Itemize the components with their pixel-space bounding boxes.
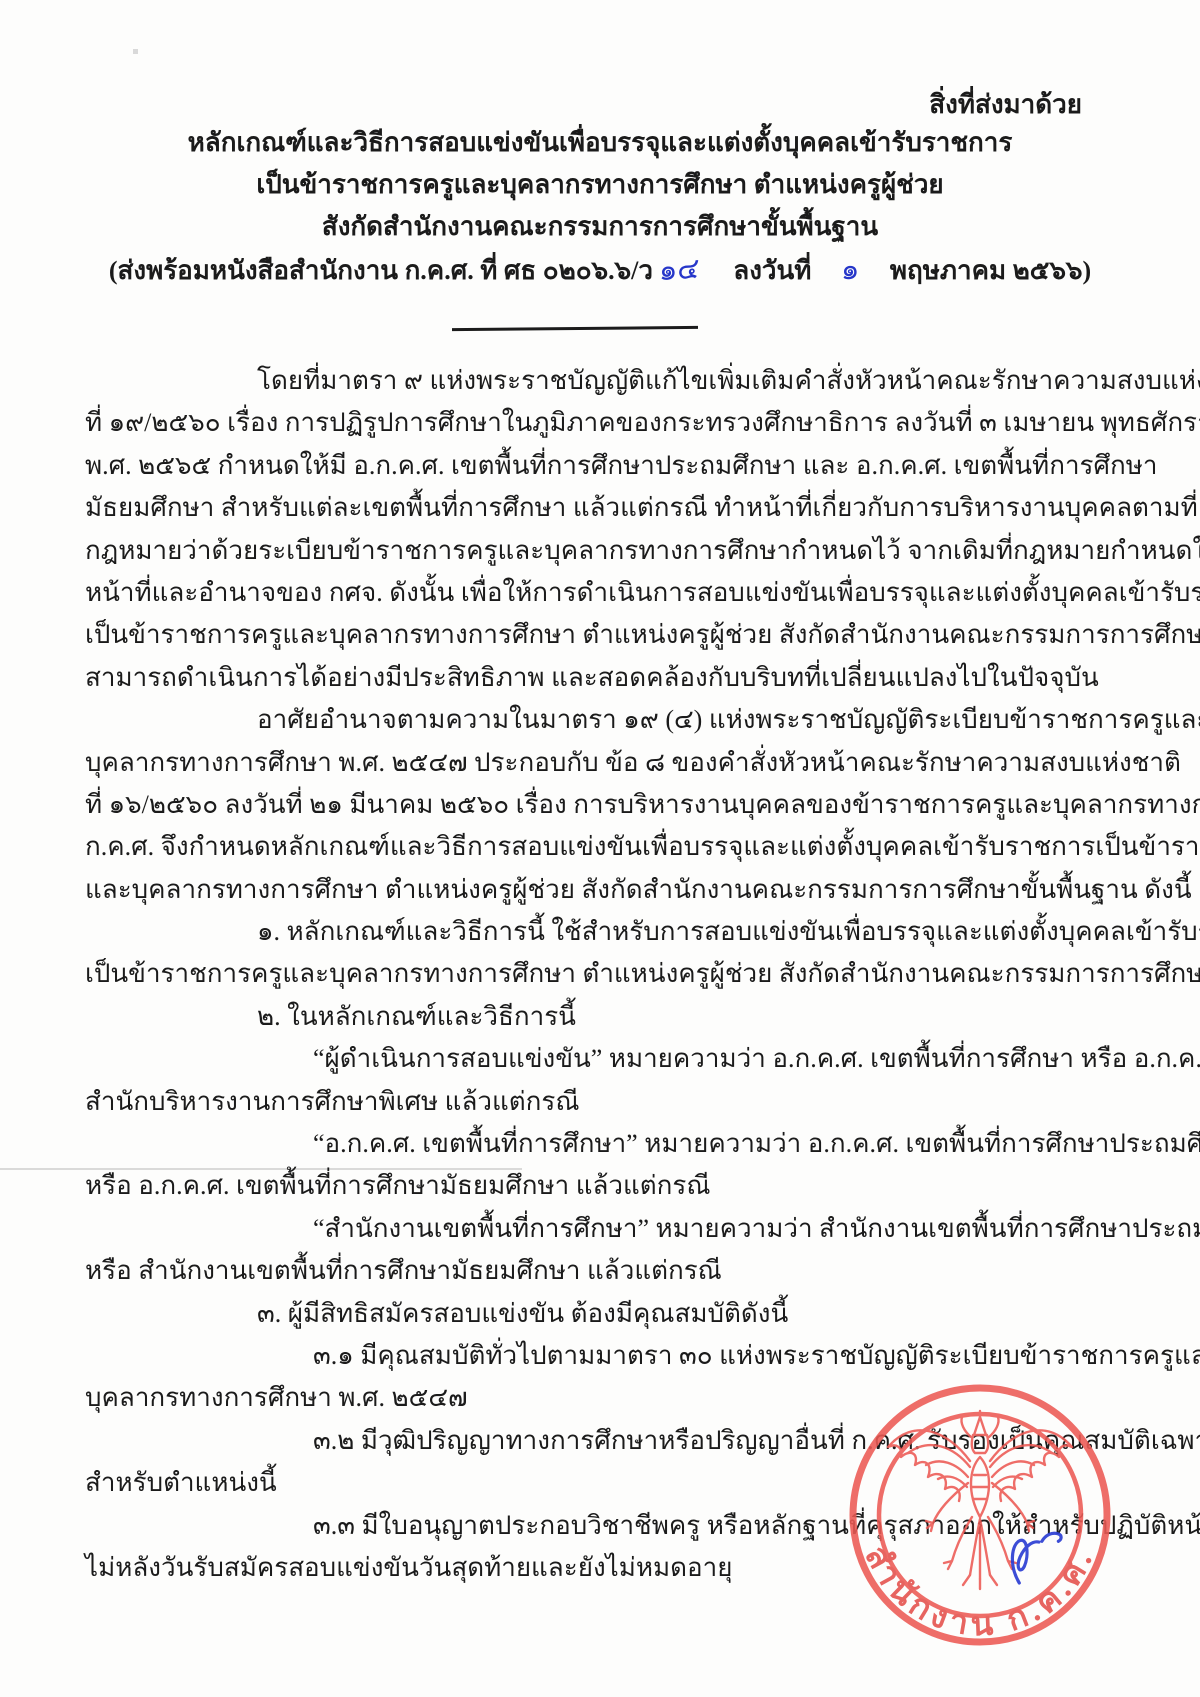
document-line: “อ.ก.ค.ศ. เขตพื้นที่การศึกษา” หมายความว่… [85,1123,1119,1165]
handwritten-day-number: ๑ [841,248,860,291]
document-line: และบุคลากรทางการศึกษา ตำแหน่งครูผู้ช่วย … [85,869,1119,911]
document-line: ๒. ในหลักเกณฑ์และวิธีการนี้ [85,996,1119,1038]
section-divider [452,326,698,331]
document-line: ๓. ผู้มีสิทธิสมัครสอบแข่งขัน ต้องมีคุณสม… [85,1293,1119,1335]
document-line: กฎหมายว่าด้วยระเบียบข้าราชการครูและบุคลา… [85,530,1119,572]
scan-speck [133,49,138,54]
attachment-label: สิ่งที่ส่งมาด้วย [929,84,1082,125]
document-line: หน้าที่และอำนาจของ กศจ. ดังนั้น เพื่อให้… [85,572,1119,614]
reference-line: (ส่งพร้อมหนังสือสำนักงาน ก.ค.ศ. ที่ ศธ ๐… [0,249,1200,292]
office-seal-stamp: สำนักงาน ก.ค.ศ. [830,1365,1130,1665]
reference-date-label: ลงวันที่ [733,256,811,285]
document-line: หรือ สำนักงานเขตพื้นที่การศึกษามัธยมศึกษ… [85,1250,1119,1292]
document-line: ที่ ๑๖/๒๕๖๐ ลงวันที่ ๒๑ มีนาคม ๒๕๖๐ เรื่… [85,784,1119,826]
document-line: เป็นข้าราชการครูและบุคลากรทางการศึกษา ตำ… [85,614,1119,656]
reference-prefix: (ส่งพร้อมหนังสือสำนักงาน ก.ค.ศ. ที่ ศธ ๐… [109,256,653,285]
document-title-line-1: หลักเกณฑ์และวิธีการสอบแข่งขันเพื่อบรรจุแ… [0,122,1200,164]
handwritten-doc-number: ๑๔ [659,248,700,292]
document-line: โดยที่มาตรา ๙ แห่งพระราชบัญญัติแก้ไขเพิ่… [85,360,1119,402]
document-line: ก.ค.ศ. จึงกำหนดหลักเกณฑ์และวิธีการสอบแข่… [85,826,1119,868]
document-line: อาศัยอำนาจตามความในมาตรา ๑๙ (๔) แห่งพระร… [85,699,1119,741]
document-line: เป็นข้าราชการครูและบุคลากรทางการศึกษา ตำ… [85,953,1119,995]
reference-suffix: พฤษภาคม ๒๕๖๖) [890,256,1091,285]
document-line: สามารถดำเนินการได้อย่างมีประสิทธิภาพ และ… [85,657,1119,699]
document-line: มัธยมศึกษา สำหรับแต่ละเขตพื้นที่การศึกษา… [85,487,1119,529]
document-page: สิ่งที่ส่งมาด้วย หลักเกณฑ์และวิธีการสอบแ… [0,0,1200,1697]
document-line: สำนักบริหารงานการศึกษาพิเศษ แล้วแต่กรณี [85,1081,1119,1123]
document-line: ๑. หลักเกณฑ์และวิธีการนี้ ใช้สำหรับการสอ… [85,911,1119,953]
document-line: หรือ อ.ก.ค.ศ. เขตพื้นที่การศึกษามัธยมศึก… [85,1165,1119,1207]
document-line: บุคลากรทางการศึกษา พ.ศ. ๒๕๔๗ ประกอบกับ ข… [85,742,1119,784]
title-block: หลักเกณฑ์และวิธีการสอบแข่งขันเพื่อบรรจุแ… [0,122,1200,292]
document-line: ที่ ๑๙/๒๕๖๐ เรื่อง การปฏิรูปการศึกษาในภู… [85,402,1119,444]
document-title-line-2: เป็นข้าราชการครูและบุคลากรทางการศึกษา ตำ… [0,164,1200,206]
document-line: พ.ศ. ๒๕๖๕ กำหนดให้มี อ.ก.ค.ศ. เขตพื้นที่… [85,445,1119,487]
document-title-line-3: สังกัดสำนักงานคณะกรรมการการศึกษาขั้นพื้น… [0,206,1200,248]
document-line: “ผู้ดำเนินการสอบแข่งขัน” หมายความว่า อ.ก… [85,1038,1119,1080]
document-line: “สำนักงานเขตพื้นที่การศึกษา” หมายความว่า… [85,1208,1119,1250]
